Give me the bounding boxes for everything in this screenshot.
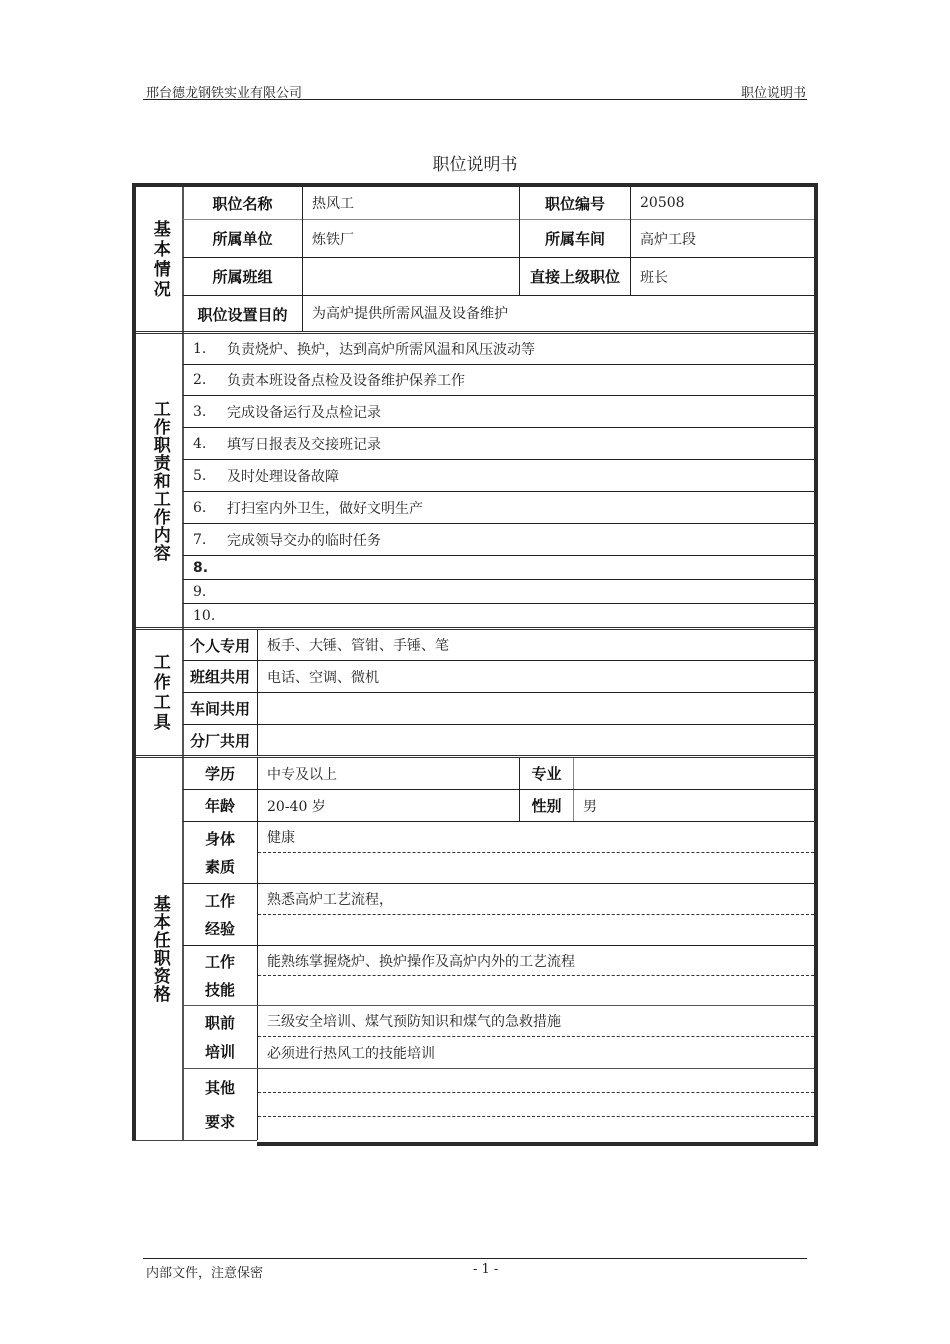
position-name-value: 热风工 <box>303 187 519 219</box>
duty-item: 10. <box>183 604 813 627</box>
position-code-value: 20508 <box>631 187 814 219</box>
workshop-label: 所属车间 <box>520 220 630 257</box>
section-tools-text: 工作工具 <box>147 653 172 733</box>
gender-value: 男 <box>574 790 813 821</box>
experience-value: 熟悉高炉工艺流程， <box>258 884 812 914</box>
tools-workshop-label: 车间共用 <box>183 693 257 724</box>
table-border-bottom-right <box>257 1142 818 1146</box>
section-basic-info-label: 基本情况 <box>136 187 183 332</box>
tools-personal-value: 板手、大锤、管钳、手锤、笔 <box>258 630 812 660</box>
tools-team-value: 电话、空调、微机 <box>258 661 812 692</box>
position-name-label: 职位名称 <box>183 187 302 219</box>
training-value: 三级安全培训、煤气预防知识和煤气的急救措施 <box>258 1006 812 1036</box>
other-value-3 <box>258 1117 812 1140</box>
duty-item: 2.负责本班设备点检及设备维护保养工作 <box>183 365 813 395</box>
education-value: 中专及以上 <box>258 758 519 789</box>
experience-value-2 <box>258 915 812 945</box>
workshop-value: 高炉工段 <box>631 220 814 257</box>
duty-item: 7.完成领导交办的临时任务 <box>183 524 813 555</box>
skills-value: 能熟练掌握烧炉、换炉操作及高炉内外的工艺流程 <box>258 946 812 975</box>
section-tools-label: 工作工具 <box>136 630 183 756</box>
duty-item: 4.填写日报表及交接班记录 <box>183 428 813 459</box>
tools-personal-label: 个人专用 <box>183 630 257 660</box>
physical-value-2 <box>258 853 812 883</box>
skills-label: 工作 技能 <box>183 946 257 1005</box>
experience-label: 工作 经验 <box>183 884 257 945</box>
other-value-2 <box>258 1093 812 1116</box>
training-label: 职前 培训 <box>183 1006 257 1068</box>
major-value <box>574 758 813 789</box>
skills-value-2 <box>258 976 812 1005</box>
unit-value: 炼铁厂 <box>303 220 519 257</box>
purpose-label: 职位设置目的 <box>183 296 302 332</box>
superior-value: 班长 <box>631 258 814 295</box>
purpose-value: 为高炉提供所需风温及设备维护 <box>303 296 812 330</box>
physical-label: 身体 素质 <box>183 822 257 883</box>
position-code-label: 职位编号 <box>520 187 630 219</box>
team-label: 所属班组 <box>183 258 302 295</box>
team-value <box>303 258 519 295</box>
table-border-bottom-left <box>132 1140 257 1141</box>
training-value-2: 必须进行热风工的技能培训 <box>258 1037 812 1068</box>
duty-item: 6.打扫室内外卫生，做好文明生产 <box>183 492 813 523</box>
duty-item: 3.完成设备运行及点检记录 <box>183 396 813 427</box>
footer-confidential: 内部文件，注意保密 <box>146 1262 263 1281</box>
age-label: 年龄 <box>183 790 257 821</box>
duty-item: 8. <box>183 556 813 579</box>
section-basic-info-text: 基本情况 <box>147 220 172 300</box>
age-value: 20-40 岁 <box>258 790 519 821</box>
tools-plant-value <box>258 725 812 755</box>
tools-workshop-value <box>258 693 812 724</box>
duty-item: 1.负责烧炉、换炉，达到高炉所需风温和风压波动等 <box>183 334 813 364</box>
unit-label: 所属单位 <box>183 220 302 257</box>
duty-item: 5.及时处理设备故障 <box>183 460 813 491</box>
footer-rule <box>143 1258 807 1259</box>
section-qualifications-label: 基本任职资格 <box>136 758 183 1140</box>
gender-label: 性别 <box>520 790 573 821</box>
duty-item: 9. <box>183 580 813 603</box>
major-label: 专业 <box>520 758 573 789</box>
superior-label: 直接上级职位 <box>520 258 630 295</box>
header-rule <box>143 99 807 100</box>
tools-plant-label: 分厂共用 <box>183 725 257 755</box>
table-border-right <box>814 183 818 1146</box>
footer-page-number: - 1 - <box>473 1262 498 1277</box>
section-qualifications-text: 基本任职资格 <box>147 895 172 1003</box>
physical-value: 健康 <box>258 822 812 852</box>
page-title: 职位说明书 <box>0 150 950 175</box>
education-label: 学历 <box>183 758 257 789</box>
section-duties-text: 工作职责和工作内容 <box>147 400 172 562</box>
other-label: 其他 要求 <box>183 1069 257 1140</box>
section-duties-label: 工作职责和工作内容 <box>136 334 183 628</box>
other-value <box>258 1069 812 1092</box>
tools-team-label: 班组共用 <box>183 661 257 692</box>
